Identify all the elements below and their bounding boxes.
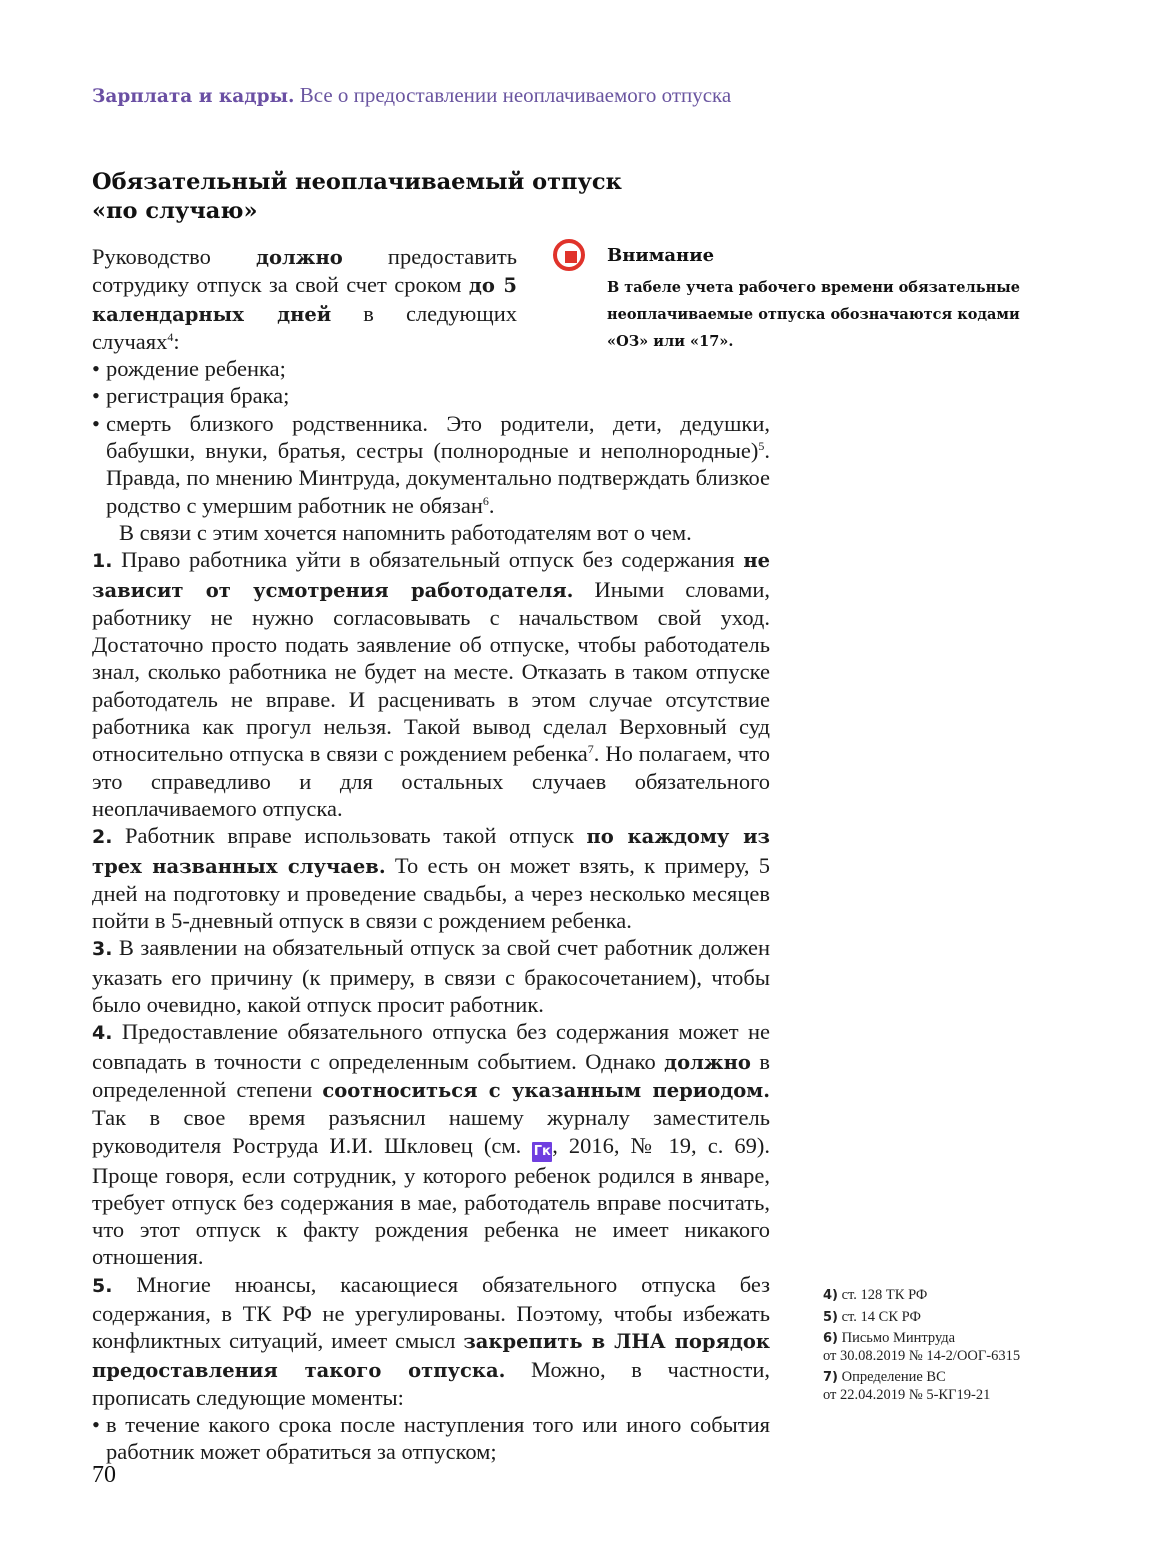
point-4: 4. Предоставление обязательного отпуска … xyxy=(92,1018,770,1270)
cases-list: рождение ребенка; регистрация брака; сме… xyxy=(92,355,770,519)
footnote-number: 7) xyxy=(823,1370,838,1385)
footnote-text: Письмо Минтруда xyxy=(842,1330,955,1346)
list-item-text: регистрация брака; xyxy=(106,383,289,408)
list-item-text: рождение ребенка; xyxy=(106,356,286,381)
lna-list: в течение какого срока после наступления… xyxy=(92,1411,770,1466)
intro-bold-1: должно xyxy=(256,246,343,269)
page-number: 70 xyxy=(92,1462,116,1489)
point-number: 1. xyxy=(92,550,112,572)
title-line-2: «по случаю» xyxy=(92,198,258,224)
point-text: В заявлении на обязательный отпуск за св… xyxy=(92,935,770,1017)
point-text: Иными словами, работнику не нужно соглас… xyxy=(92,577,770,767)
point-number: 4. xyxy=(92,1022,112,1044)
footnote-number: 5) xyxy=(823,1310,838,1325)
point-text: Работник вправе использовать такой отпус… xyxy=(112,823,586,848)
point-bold: должно xyxy=(664,1051,751,1074)
footnote-text: Определение ВС xyxy=(842,1369,946,1385)
footnote-number: 4) xyxy=(823,1288,838,1303)
footnote-text: ст. 14 СК РФ xyxy=(842,1309,921,1325)
point-number: 5. xyxy=(92,1275,112,1297)
footnote-6: 6) Письмо Минтрудаот 30.08.2019 № 14-2/О… xyxy=(823,1330,1103,1365)
list-item: в течение какого срока после наступления… xyxy=(92,1411,770,1466)
point-1: 1. Право работника уйти в обязательный о… xyxy=(92,546,770,822)
reminder-paragraph: В связи с этим хочется напомнить работод… xyxy=(92,519,770,546)
footnote-4: 4) ст. 128 ТК РФ xyxy=(823,1287,1103,1305)
running-head-section: Зарплата и кадры. xyxy=(92,86,295,107)
running-head: Зарплата и кадры. Все о предоставлении н… xyxy=(92,83,731,108)
intro-text-1: Руководство xyxy=(92,244,256,269)
point-text: Право работника уйти в обязательный отпу… xyxy=(112,547,743,572)
article-title: Обязательный неоплачиваемый отпуск «по с… xyxy=(92,168,712,226)
title-line-1: Обязательный неоплачиваемый отпуск xyxy=(92,169,622,195)
list-item: смерть близкого родственника. Это родите… xyxy=(92,410,770,519)
footnotes: 4) ст. 128 ТК РФ 5) ст. 14 СК РФ 6) Пись… xyxy=(823,1287,1103,1408)
list-item: регистрация брака; xyxy=(92,382,770,409)
point-2: 2. Работник вправе использовать такой от… xyxy=(92,822,770,934)
footnote-text: ст. 128 ТК РФ xyxy=(842,1287,928,1303)
point-3: 3. В заявлении на обязательный отпуск за… xyxy=(92,934,770,1018)
list-item-text: . xyxy=(489,493,495,518)
footnote-number: 6) xyxy=(823,1331,838,1346)
intro-text-4: : xyxy=(173,329,179,354)
intro-paragraph: Руководство должно предоставить сотрудик… xyxy=(92,243,517,355)
running-head-topic: Все о предоставлении неоплачиваемого отп… xyxy=(300,83,732,107)
list-item-text: смерть близкого родственника. Это родите… xyxy=(106,411,770,463)
list-item-text: в течение какого срока после наступления… xyxy=(106,1412,770,1464)
article-body: Руководство должно предоставить сотрудик… xyxy=(92,243,770,1466)
footnote-5: 5) ст. 14 СК РФ xyxy=(823,1309,1103,1327)
list-item: рождение ребенка; xyxy=(92,355,770,382)
point-5: 5. Многие нюансы, касающиеся обязательно… xyxy=(92,1271,770,1411)
footnote-text: от 22.04.2019 № 5-КГ19-21 xyxy=(823,1387,990,1403)
point-number: 3. xyxy=(92,938,112,960)
glavkniga-logo-icon[interactable]: Гк xyxy=(532,1142,552,1162)
point-bold: соотноситься с указанным периодом. xyxy=(322,1079,770,1102)
footnote-7: 7) Определение ВСот 22.04.2019 № 5-КГ19-… xyxy=(823,1369,1103,1404)
point-number: 2. xyxy=(92,826,112,848)
footnote-text: от 30.08.2019 № 14-2/ООГ-6315 xyxy=(823,1348,1020,1364)
